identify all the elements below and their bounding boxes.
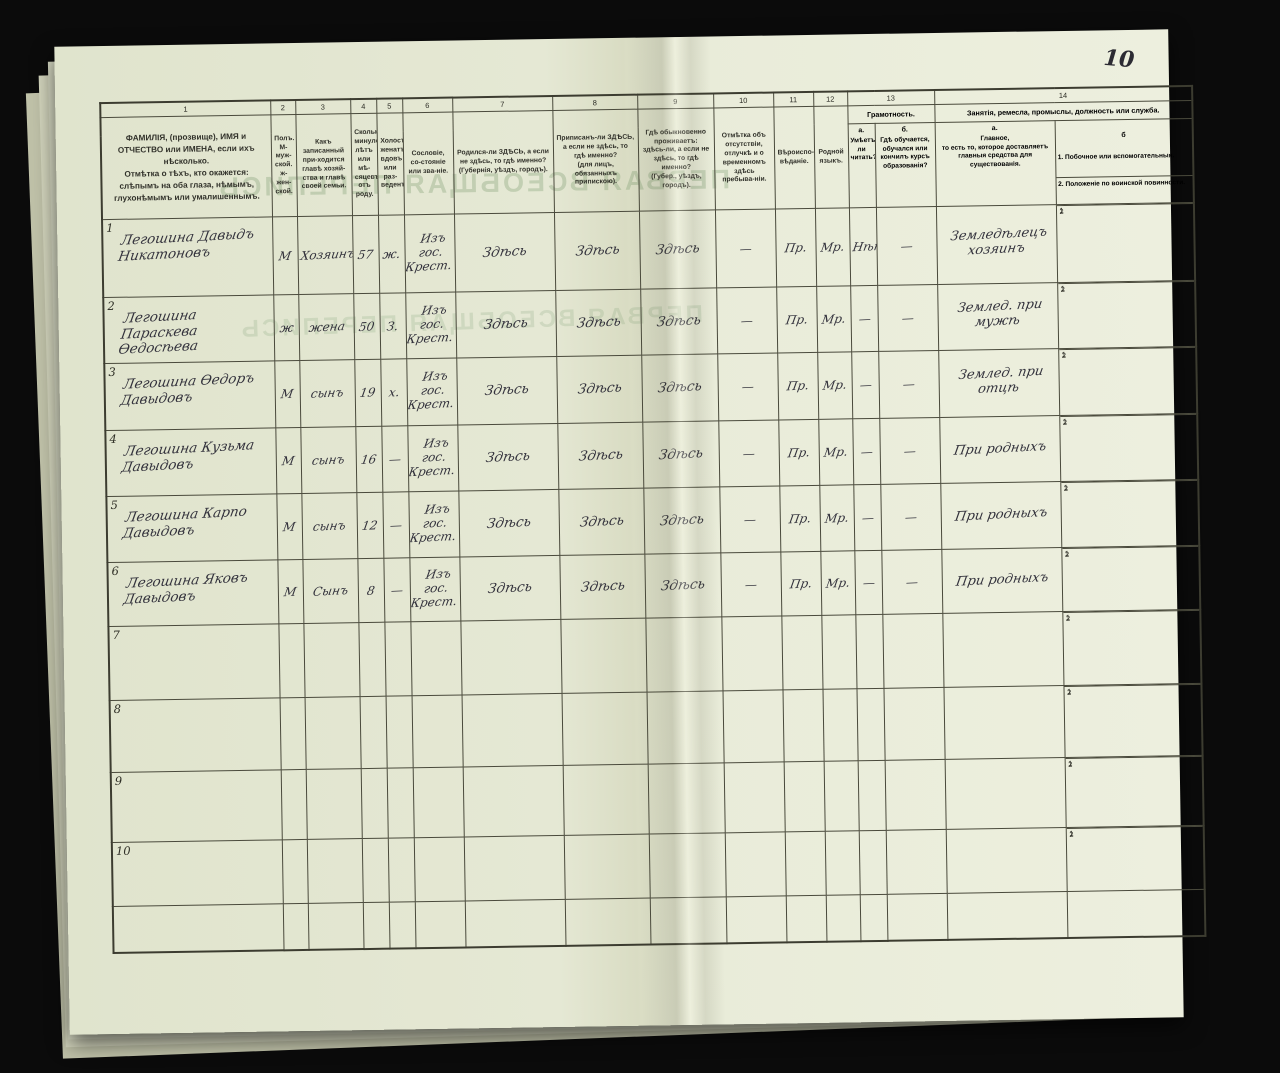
handwritten-sex: М [278,250,293,264]
handwritten-study: — [905,576,919,590]
handwritten-estate: Изъ гос. Крест. [409,567,460,611]
cell-occupation-main: Землед. при мужѣ [937,283,1058,351]
col-number: 6 [402,98,452,113]
handwritten-absence: — [741,381,755,395]
cell-occupation-side: 12 [1056,203,1195,283]
empty-cell [887,894,948,941]
cell-resides: Здѣсь [643,487,720,554]
cell-religion [785,832,826,897]
cell-reads: Нѣтъ [849,208,877,286]
cell-age [361,769,388,839]
cell-sex: М [277,560,303,624]
side-occupation-subcell: 2 [1062,546,1198,549]
handwritten-born: Здѣсь [487,580,534,598]
cell-absence [725,832,786,897]
column-header-birthplace: Родился-ли ЗДѢСЬ, а если не здѣсь, то гд… [452,110,554,214]
handwritten-marital: — [389,519,403,533]
cell-resides: Здѣсь [642,421,719,488]
col-number: 5 [376,98,402,113]
col-number: 11 [773,92,813,107]
handwritten-page-number: 10 [1103,45,1136,74]
handwritten-relation: сынъ [312,519,347,534]
cell-religion: Пр. [778,420,819,487]
column-header-age: Сколько минуло лѣтъ или мѣ-сяцевъ отъ ро… [350,113,378,216]
cell-marital [386,696,413,768]
cell-resides [648,763,725,834]
empty-cell [860,895,888,941]
cell-age [358,623,385,697]
handwritten-marital: ж. [382,248,402,263]
col-number: 12 [813,91,847,106]
cell-age: 8 [357,559,384,623]
row-number: 1 [106,221,114,235]
row-number: 7 [112,628,120,642]
column-header-relation: Какъ записанный при-ходится главѣ хозяй-… [295,114,352,217]
cell-born [464,836,565,902]
side-occupation-subcell: 2 [1064,684,1200,687]
handwritten-name: Легошина Карпо Давыдовъ [121,504,275,543]
cell-occupation-main: При родныхъ [941,548,1062,614]
cell-sex: М [272,217,298,295]
handwritten-religion: Пр. [787,446,811,461]
cell-study: — [878,351,939,419]
cell-reads [859,831,887,895]
column-header-estate: Сословіе, со-стояніе или зва-ніе. [402,112,454,215]
handwritten-born: Здѣсь [484,382,531,400]
side-occupation-subcell: 2 [1061,480,1197,483]
column-header-religion: Вѣроиспо-вѣданіе. [773,106,815,209]
cell-age [360,697,387,769]
col-number: 13 [847,90,934,106]
handwritten-name: Легошина Давыдъ Никатоновъ [117,227,271,266]
handwritten-absence: — [740,314,754,328]
cell-language: Мр. [815,208,850,287]
column-header-absence: Отмѣтка объ отсутствіи, отлучкѣ и о врем… [713,107,775,210]
handwritten-religion: Пр. [783,241,807,256]
cell-study [886,830,947,895]
handwritten-born: Здѣсь [485,449,532,467]
cell-born: Здѣсь [455,291,556,359]
cell-age [362,839,389,903]
cell-marital [388,838,415,902]
cell-relation [306,769,362,840]
handwritten-relation: сынъ [310,387,345,402]
cell-name: 5Легошина Карпо Давыдовъ [106,494,277,563]
row-number: 2 [107,299,115,313]
subcolumn-letter: б. [877,125,932,135]
cell-relation: Хозяинъ [297,216,353,295]
handwritten-resides: Здѣсь [658,446,705,464]
handwritten-resides: Здѣсь [654,241,701,259]
empty-cell [415,901,466,948]
cell-age: 19 [354,360,381,427]
handwritten-language: Мр. [821,313,847,328]
cell-study [882,614,943,689]
empty-cell [308,903,364,950]
cell-religion: Пр. [779,486,820,553]
cell-marital [387,768,414,838]
cell-reads: — [850,286,878,352]
handwritten-estate: Изъ гос. Крест. [408,502,459,546]
handwritten-estate: Изъ гос. Крест. [405,303,456,347]
handwritten-name: Легошина Ѳедоръ Давыдовъ [119,371,273,410]
cell-estate [414,837,465,902]
cell-reads [856,689,884,761]
handwritten-age: 12 [361,519,379,534]
cell-born [462,694,563,768]
cell-registered: Здѣсь [557,423,643,490]
handwritten-reads: Нѣтъ [851,239,877,255]
cell-resides: Здѣсь [644,553,721,618]
cell-absence [721,616,782,691]
cell-estate: Изъ гос. Крест. [409,557,460,622]
side-subcell-number: 2 [1063,418,1067,427]
cell-registered: Здѣсь [554,212,640,291]
handwritten-age: 8 [366,585,376,599]
handwritten-name: Легошина Яковъ Давыдовъ [122,570,276,609]
cell-name: 2Легошина Параскева Ѳедосѣева [103,295,274,364]
cell-name: 1Легошина Давыдъ Никатоновъ [102,217,273,298]
cell-sex: М [275,428,301,494]
cell-occupation-side: 12 [1062,610,1201,686]
column-header-occupation-side: б 1. Побочное или вспомогательныя. 2. По… [1055,118,1194,205]
handwritten-reads: — [858,379,872,393]
cell-study: — [877,285,938,352]
handwritten-registered: Здѣсь [579,578,626,596]
cell-name: 3Легошина Ѳедоръ Давыдовъ [104,361,275,431]
cell-name: 4Легошина Кузьма Давыдовъ [105,428,276,497]
empty-cell [826,895,861,942]
handwritten-marital: — [388,453,402,467]
cell-sex: М [276,494,302,560]
cell-registered [560,619,646,694]
handwritten-absence: — [742,447,756,461]
cell-occupation-side: 12 [1066,826,1205,892]
handwritten-occupation: Землед. при отцѣ [939,364,1059,400]
cell-age: 57 [352,216,379,294]
empty-cell [565,899,651,946]
census-sheet: ПЕРВАЯ ВСЕОБЩАЯ ПЕРЕПИСЬ ПЕРВАЯ ВСЕОБЩАЯ… [54,29,1183,1034]
cell-reads: — [851,352,879,419]
handwritten-registered: Здѣсь [576,381,623,399]
handwritten-estate: Изъ гос. Крест. [407,436,458,480]
cell-absence: — [715,209,776,288]
subcolumn-text: Главное, то есть то, которое доставляетъ… [942,135,1048,168]
handwritten-occupation: При родныхъ [953,440,1048,460]
cell-resides: Здѣсь [640,288,717,355]
cell-relation: жена [298,294,354,361]
side-occupation-subcell: 2 [1056,203,1192,206]
cell-absence: — [718,420,779,487]
cell-marital: З. [379,293,406,359]
census-table: 1 2 3 4 5 6 7 8 9 10 11 12 13 14 ФАМИЛІЯ… [99,85,1206,954]
subcolumn-letter: б [1055,130,1192,141]
cell-marital: ж. [378,215,405,293]
empty-cell [113,904,284,953]
col-number: 9 [637,93,713,109]
handwritten-relation: Хозяинъ [299,247,353,264]
census-table-body: 1Легошина Давыдъ НикатоновъМХозяинъ57ж.И… [102,203,1205,953]
cell-religion: Пр. [775,209,816,288]
cell-name: 7 [108,624,279,701]
handwritten-sex: М [283,586,298,600]
side-occupation-subcell: 2 [1063,610,1199,613]
row-number: 5 [110,498,118,512]
col-number: 3 [295,99,350,114]
cell-estate: Изъ гос. Крест. [406,359,457,427]
handwritten-reads: — [859,446,873,460]
cell-occupation-main: Земледѣлецъ хозяинъ [936,205,1057,285]
row-number: 6 [111,564,119,578]
handwritten-relation: жена [307,320,345,336]
handwritten-age: 16 [360,453,378,468]
cell-occupation-main [945,758,1066,830]
handwritten-occupation: Землед. при мужѣ [938,297,1058,333]
column-header-literacy-education: б.Гдѣ обучается, обучался или кончилъ ку… [875,122,936,207]
cell-absence: — [719,486,780,553]
side-subcell-number: 2 [1068,760,1072,769]
cell-study [885,760,946,831]
handwritten-name: Легошина Параскева Ѳедосѣева [117,305,274,359]
cell-occupation-side: 12 [1057,281,1196,349]
handwritten-estate: Изъ гос. Крест. [404,231,455,275]
handwritten-registered: Здѣсь [574,242,621,260]
cell-relation: сынъ [299,360,355,428]
cell-religion: Пр. [780,552,821,617]
handwritten-registered: Здѣсь [577,447,624,465]
side-subcell-number: 2 [1064,484,1068,493]
side-subcell-number: 2 [1059,207,1063,216]
handwritten-reads: — [861,577,875,591]
cell-sex: М [274,361,300,428]
subcolumn-letter: а. [937,123,1052,134]
cell-born: Здѣсь [456,357,557,426]
col-number: 10 [713,93,773,108]
handwritten-study: — [904,511,918,525]
handwritten-name [126,634,275,642]
column-header-literacy-reads: а.Умѣетъ-ли читать? [848,123,876,208]
row-number: 10 [116,844,131,858]
military-status-item: 2. Положеніе по воинской повинности. [1056,175,1193,196]
handwritten-born: Здѣсь [486,515,533,533]
column-header-marital: Холостъ, женатъ, вдовъ или раз-веденъ. [376,113,404,216]
side-subcell-number: 2 [1069,830,1073,839]
cell-resides [647,691,724,764]
handwritten-occupation: При родныхъ [954,506,1049,526]
cell-born [460,620,561,696]
column-header-name: ФАМИЛІЯ, (прозвище), ИМЯ и ОТЧЕСТВО или … [100,115,272,220]
cell-marital: х. [380,359,407,426]
handwritten-relation: Сынъ [312,584,349,600]
handwritten-religion: Пр. [786,380,810,395]
column-header-sex: Полъ. М-муж-ской. ж-жен-ской. [270,115,297,218]
handwritten-absence: — [743,513,757,527]
cell-registered [564,835,650,900]
cell-estate: Изъ гос. Крест. [404,215,455,294]
empty-cell [947,892,1068,940]
handwritten-estate: Изъ гос. Крест. [406,369,457,413]
cell-study: — [876,207,937,286]
side-subcell-number: 2 [1066,614,1070,623]
cell-occupation-main [942,612,1063,688]
empty-cell [650,897,727,944]
cell-language: Мр. [819,485,854,552]
cell-absence: — [717,353,778,421]
cell-name: 6Легошина Яковъ Давыдовъ [107,560,278,627]
cell-registered: Здѣсь [559,555,645,620]
cell-occupation-main [943,686,1064,760]
column-header-registration: Приписанъ-ли ЗДѢСЬ, а если не здѣсь, то … [552,109,639,213]
column-header-occupation-main: а.Главное, то есть то, которое доставляе… [935,121,1056,207]
cell-occupation-main: При родныхъ [939,416,1060,484]
cell-marital: — [381,426,408,492]
handwritten-language: Мр. [823,446,849,461]
column-header-residence: Гдѣ обыкновенно проживаетъ: здѣсь-ли, а … [637,108,715,212]
scanned-census-spread: { "page_number": "10", "bleedthrough_tex… [0,0,1280,1073]
cell-born: Здѣсь [459,556,560,622]
handwritten-born: Здѣсь [483,316,530,334]
cell-relation: Сынъ [302,559,358,624]
cell-occupation-side: 12 [1059,414,1198,482]
cell-marital: — [382,492,409,558]
handwritten-reads: — [860,512,874,526]
cell-language: Мр. [818,419,853,486]
handwritten-name [128,780,277,788]
cell-language: Мр. [816,286,851,353]
side-subcell-number: 2 [1061,285,1065,294]
cell-occupation-side: 12 [1060,480,1199,548]
cell-language [823,689,858,762]
handwritten-registered: Здѣсь [578,513,625,531]
cell-name: 10 [112,840,283,907]
handwritten-language: Мр. [824,512,850,527]
cell-marital [384,622,411,696]
cell-registered: Здѣсь [558,489,644,556]
side-subcell-number: 2 [1062,351,1066,360]
cell-language [825,831,860,896]
cell-relation: сынъ [300,427,356,494]
side-occupation-subcell: 2 [1065,756,1201,759]
cell-name: 8 [110,698,281,773]
handwritten-language: Мр. [825,577,851,592]
cell-sex [281,770,307,840]
cell-reads: — [853,485,881,551]
col-number: 4 [350,99,376,114]
handwritten-born: Здѣсь [481,244,528,262]
cell-sex [280,698,306,770]
handwritten-name: Легошина Кузьма Давыдовъ [120,438,274,477]
cell-age: 12 [356,493,383,559]
side-occupation-subcell: 2 [1059,347,1195,350]
cell-religion [784,762,825,833]
cell-born: Здѣсь [454,213,555,293]
side-occupation-subcell: 2 [1066,826,1202,829]
handwritten-age: 50 [358,320,376,335]
cell-reads: — [852,419,880,485]
cell-religion: Пр. [777,353,818,421]
cell-sex [282,840,308,904]
cell-resides [649,833,726,898]
census-table-header: 1 2 3 4 5 6 7 8 9 10 11 12 13 14 ФАМИЛІЯ… [100,86,1194,220]
empty-cell [786,896,827,943]
handwritten-study: — [903,445,917,459]
handwritten-sex: М [281,455,296,469]
handwritten-marital: х. [387,387,400,401]
cell-relation [303,623,359,698]
cell-occupation-side: 12 [1063,684,1202,758]
cell-resides [645,617,722,692]
empty-cell [389,902,416,948]
handwritten-absence: — [744,578,758,592]
handwritten-sex: М [282,521,297,535]
cell-language [824,761,859,832]
cell-occupation-main [946,828,1067,894]
cell-absence [723,690,784,763]
handwritten-reads: — [857,313,871,327]
cell-reads [858,761,886,831]
cell-absence [724,762,785,833]
col-number: 2 [270,100,295,115]
subcolumn-text: Умѣетъ-ли читать? [850,137,876,162]
handwritten-name [129,850,278,858]
handwritten-study: — [902,378,916,392]
subcolumn-text: Гдѣ обучается, обучался или кончилъ курс… [880,136,930,169]
cell-relation [307,839,363,904]
row-number: 9 [115,774,123,788]
cell-sex: ж [273,295,299,361]
handwritten-language: Мр. [822,379,848,394]
side-subcell-number: 2 [1065,550,1069,559]
handwritten-marital: — [390,584,404,598]
handwritten-name [127,708,276,716]
row-number: 4 [109,432,117,446]
empty-cell [726,896,787,943]
handwritten-occupation: Земледѣлецъ хозяинъ [937,225,1058,261]
column-header-language: Родной языкъ. [813,106,849,209]
row-number: 8 [114,702,122,716]
handwritten-resides: Здѣсь [656,313,703,331]
handwritten-resides: Здѣсь [660,577,707,595]
cell-language: Мр. [820,551,855,616]
cell-language: Мр. [817,352,852,420]
cell-born: Здѣсь [458,490,559,558]
handwritten-absence: — [738,242,752,256]
cell-sex [278,624,304,698]
cell-estate: Изъ гос. Крест. [405,293,456,360]
handwritten-study: — [899,240,913,254]
handwritten-age: 57 [357,248,375,263]
cell-reads [855,615,883,689]
cell-age: 16 [355,427,382,493]
cell-religion [783,690,824,763]
empty-cell [283,904,309,950]
handwritten-occupation: При родныхъ [955,571,1050,591]
cell-study [883,688,944,761]
subcolumn-letter: а. [850,126,872,135]
handwritten-resides: Здѣсь [659,512,706,530]
empty-cell [363,903,390,949]
cell-relation: сынъ [301,493,357,560]
cell-registered: Здѣсь [555,290,641,357]
cell-resides: Здѣсь [639,210,716,289]
side-occupation-subcell: 2 [1058,281,1194,284]
cell-study: — [880,484,941,551]
handwritten-sex: М [280,388,295,402]
cell-estate: Изъ гос. Крест. [408,491,459,558]
handwritten-sex: ж [278,322,294,337]
row-number: 3 [108,365,116,379]
cell-language [821,615,856,690]
